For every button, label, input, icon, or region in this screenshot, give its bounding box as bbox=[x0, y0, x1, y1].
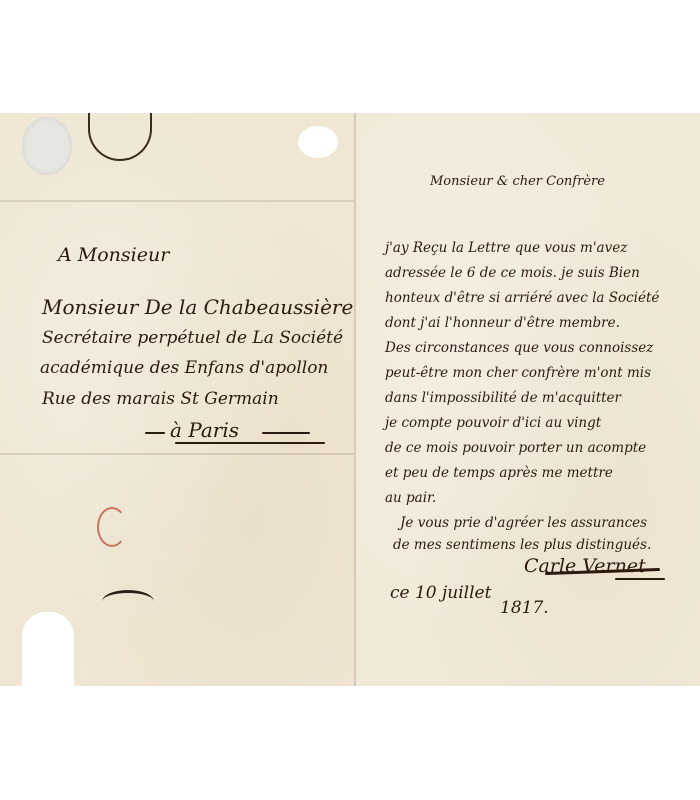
letter-line: et peu de temps après me mettre bbox=[385, 465, 613, 481]
flourish bbox=[262, 432, 310, 434]
fold-line bbox=[0, 200, 354, 202]
letter-line: de ce mois pouvoir porter un acompte bbox=[385, 440, 646, 456]
paper-hole bbox=[22, 612, 74, 686]
fold-line bbox=[354, 113, 356, 686]
black-postmark bbox=[102, 590, 154, 613]
address-line: Rue des marais St Germain bbox=[42, 389, 279, 409]
letter-line: honteux d'être si arriéré avec la Sociét… bbox=[385, 290, 659, 306]
address-city: à Paris bbox=[170, 418, 239, 442]
address-line: académique des Enfans d'apollon bbox=[40, 358, 328, 378]
letter-line: au pair. bbox=[385, 490, 436, 506]
letter-line: je compte pouvoir d'ici au vingt bbox=[385, 415, 601, 431]
letter-line: Je vous prie d'agréer les assurances bbox=[400, 515, 647, 531]
letter-line: dans l'impossibilité de m'acquitter bbox=[385, 390, 621, 406]
address-line: Secrétaire perpétuel de La Société bbox=[42, 328, 343, 348]
wax-seal bbox=[22, 117, 72, 175]
underline bbox=[175, 442, 325, 444]
signature-flourish bbox=[615, 578, 665, 580]
letter-year: 1817. bbox=[500, 598, 549, 618]
address-salutation: A Monsieur bbox=[58, 244, 169, 266]
letter-line: peut-être mon cher confrère m'ont mis bbox=[385, 365, 651, 381]
letter-greeting: Monsieur & cher Confrère bbox=[430, 174, 605, 189]
signature: Carle Vernet bbox=[524, 555, 646, 577]
letter-line: j'ay Reçu la Lettre que vous m'avez bbox=[385, 240, 627, 256]
letter-date: ce 10 juillet bbox=[390, 583, 491, 603]
address-line: Monsieur De la Chabeaussière bbox=[42, 295, 353, 319]
letter-line: de mes sentimens les plus distingués. bbox=[393, 537, 651, 553]
letter-line: adressée le 6 de ce mois. je suis Bien bbox=[385, 265, 640, 281]
red-postmark bbox=[97, 507, 127, 547]
letter-line: dont j'ai l'honneur d'être membre. bbox=[385, 315, 620, 331]
fold-line bbox=[0, 453, 354, 455]
flourish bbox=[145, 432, 165, 434]
letter-line: Des circonstances que vous connoissez bbox=[385, 340, 653, 356]
paper-tear bbox=[298, 126, 338, 158]
